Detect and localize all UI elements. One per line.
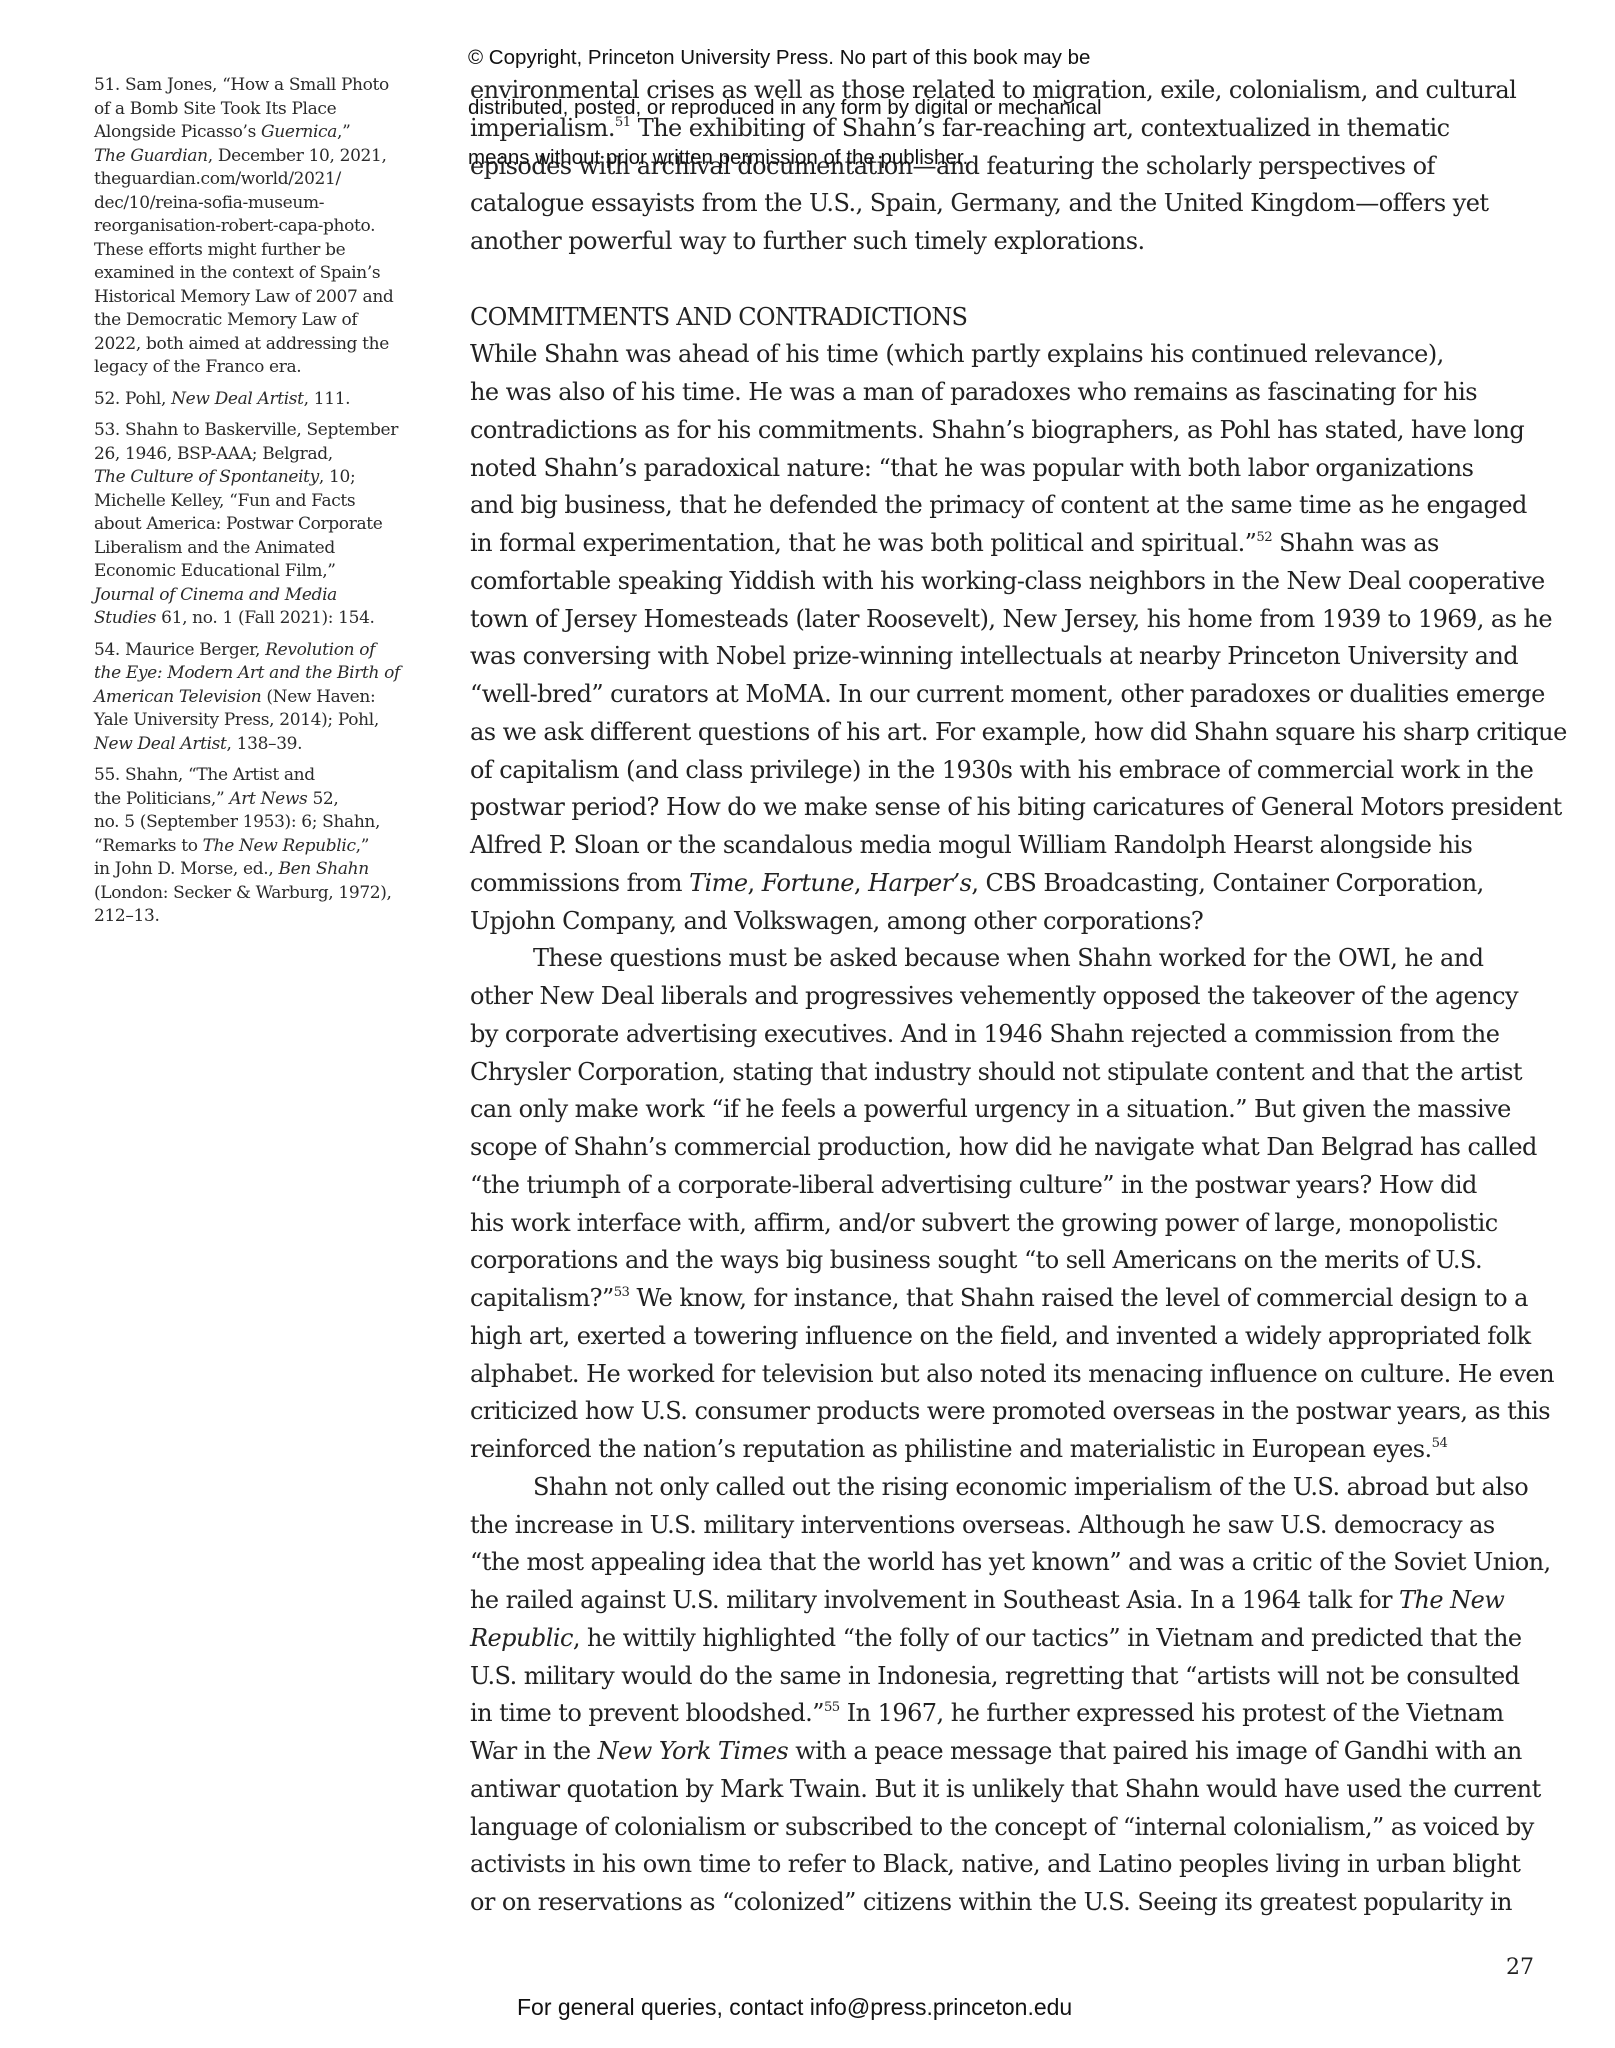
text-line: corporations and the ways big business s… xyxy=(470,1242,1550,1280)
text-line: Studies 61, no. 1 (Fall 2021): 154. xyxy=(94,607,424,631)
text-line: reorganisation-robert-capa-photo. xyxy=(94,215,424,239)
text-line: the Politicians,” Art News 52, xyxy=(94,788,424,812)
text-line: 53. Shahn to Baskerville, September xyxy=(94,419,424,443)
text-line: 212–13. xyxy=(94,905,424,929)
text-line: in John D. Morse, ed., Ben Shahn xyxy=(94,858,424,882)
text-line: Economic Educational Film,” xyxy=(94,560,424,584)
text-line: his work interface with, affirm, and/or … xyxy=(470,1205,1550,1243)
text-line: “the triumph of a corporate-liberal adve… xyxy=(470,1167,1550,1205)
text-line: can only make work “if he feels a powerf… xyxy=(470,1091,1550,1129)
text-line: of capitalism (and class privilege) in t… xyxy=(470,752,1550,790)
text-line: 52. Pohl, New Deal Artist, 111. xyxy=(94,388,424,412)
spacer xyxy=(470,261,1550,299)
text-line: about America: Postwar Corporate xyxy=(94,513,424,537)
text-line: “Remarks to The New Republic,” xyxy=(94,835,424,859)
text-line: activists in his own time to refer to Bl… xyxy=(470,1846,1550,1884)
text-line: he railed against U.S. military involvem… xyxy=(470,1582,1550,1620)
text-line: Chrysler Corporation, stating that indus… xyxy=(470,1054,1550,1092)
footnote-55: 55. Shahn, “The Artist andthe Politician… xyxy=(94,764,424,929)
note-reference: 55 xyxy=(824,1700,840,1715)
footnote-51: 51. Sam Jones, “How a Small Photoof a Bo… xyxy=(94,74,424,380)
text-line: The Guardian, December 10, 2021, xyxy=(94,145,424,169)
text-line: commissions from Time, Fortune, Harper’s… xyxy=(470,865,1550,903)
text-line: and big business, that he defended the p… xyxy=(470,487,1550,525)
text-line: theguardian.com/world/2021/ xyxy=(94,168,424,192)
text-line: by corporate advertising executives. And… xyxy=(470,1016,1550,1054)
text-line: “the most appealing idea that the world … xyxy=(470,1544,1550,1582)
text-line: While Shahn was ahead of his time (which… xyxy=(470,336,1550,374)
text-line: the increase in U.S. military interventi… xyxy=(470,1507,1550,1545)
footnote-52: 52. Pohl, New Deal Artist, 111. xyxy=(94,388,424,412)
text-line: New Deal Artist, 138–39. xyxy=(94,733,424,757)
text-line: or on reservations as “colonized” citize… xyxy=(470,1884,1550,1922)
copyright-notice: © Copyright, Princeton University Press.… xyxy=(468,20,1188,170)
text-line: another powerful way to further such tim… xyxy=(470,223,1550,261)
text-line: legacy of the Franco era. xyxy=(94,356,424,380)
copyright-line: distributed, posted, or reproduced in an… xyxy=(468,96,1102,119)
text-line: as we ask different questions of his art… xyxy=(470,714,1550,752)
paragraph: Shahn not only called out the rising eco… xyxy=(470,1469,1550,1922)
text-line: The Culture of Spontaneity, 10; xyxy=(94,466,424,490)
text-line: contradictions as for his commitments. S… xyxy=(470,412,1550,450)
text-line: 2022, both aimed at addressing the xyxy=(94,333,424,357)
footnote-54: 54. Maurice Berger, Revolution ofthe Eye… xyxy=(94,639,424,757)
text-line: scope of Shahn’s commercial production, … xyxy=(470,1129,1550,1167)
footnote-53: 53. Shahn to Baskerville, September26, 1… xyxy=(94,419,424,631)
text-line: other New Deal liberals and progressives… xyxy=(470,978,1550,1016)
text-line: language of colonialism or subscribed to… xyxy=(470,1809,1550,1847)
text-line: 51. Sam Jones, “How a Small Photo xyxy=(94,74,424,98)
text-line: in formal experimentation, that he was b… xyxy=(470,525,1550,563)
text-line: he was also of his time. He was a man of… xyxy=(470,374,1550,412)
text-line: 55. Shahn, “The Artist and xyxy=(94,764,424,788)
text-line: reinforced the nation’s reputation as ph… xyxy=(470,1431,1550,1469)
text-line: “well-bred” curators at MoMA. In our cur… xyxy=(470,676,1550,714)
text-line: 54. Maurice Berger, Revolution of xyxy=(94,639,424,663)
body-text: environmental crises as well as those re… xyxy=(470,72,1550,1922)
text-line: 26, 1946, BSP-AAA; Belgrad, xyxy=(94,443,424,467)
text-line: Upjohn Company, and Volkswagen, among ot… xyxy=(470,903,1550,941)
footer-contact: For general queries, contact info@press.… xyxy=(517,1994,1072,2021)
paragraph: These questions must be asked because wh… xyxy=(470,940,1550,1469)
footnotes-column: 51. Sam Jones, “How a Small Photoof a Bo… xyxy=(94,74,424,937)
note-reference: 52 xyxy=(1256,530,1272,545)
text-line: dec/10/reina-sofia-museum- xyxy=(94,192,424,216)
text-line: criticized how U.S. consumer products we… xyxy=(470,1393,1550,1431)
text-line: in time to prevent bloodshed.”55 In 1967… xyxy=(470,1695,1550,1733)
page-number: 27 xyxy=(1506,1955,1534,1980)
copyright-line: means without prior written permission o… xyxy=(468,146,968,169)
text-line: Alongside Picasso’s Guernica,” xyxy=(94,121,424,145)
text-line: alphabet. He worked for television but a… xyxy=(470,1356,1550,1394)
text-line: antiwar quotation by Mark Twain. But it … xyxy=(470,1771,1550,1809)
text-line: Republic, he wittily highlighted “the fo… xyxy=(470,1620,1550,1658)
text-line: These efforts might further be xyxy=(94,239,424,263)
text-line: Historical Memory Law of 2007 and xyxy=(94,286,424,310)
text-line: examined in the context of Spain’s xyxy=(94,262,424,286)
text-line: noted Shahn’s paradoxical nature: “that … xyxy=(470,450,1550,488)
text-line: Michelle Kelley, “Fun and Facts xyxy=(94,490,424,514)
paragraph: While Shahn was ahead of his time (which… xyxy=(470,336,1550,940)
text-line: high art, exerted a towering influence o… xyxy=(470,1318,1550,1356)
text-line: no. 5 (September 1953): 6; Shahn, xyxy=(94,811,424,835)
text-line: Journal of Cinema and Media xyxy=(94,584,424,608)
text-line: Shahn not only called out the rising eco… xyxy=(470,1469,1550,1507)
text-line: Liberalism and the Animated xyxy=(94,537,424,561)
text-line: Alfred P. Sloan or the scandalous media … xyxy=(470,827,1550,865)
text-line: was conversing with Nobel prize-winning … xyxy=(470,638,1550,676)
section-heading: COMMITMENTS AND CONTRADICTIONS xyxy=(470,299,1550,337)
note-reference: 54 xyxy=(1432,1436,1448,1451)
text-line: (London: Secker & Warburg, 1972), xyxy=(94,882,424,906)
text-line: comfortable speaking Yiddish with his wo… xyxy=(470,563,1550,601)
text-line: capitalism?”53 We know, for instance, th… xyxy=(470,1280,1550,1318)
text-line: postwar period? How do we make sense of … xyxy=(470,789,1550,827)
text-line: War in the New York Times with a peace m… xyxy=(470,1733,1550,1771)
text-line: catalogue essayists from the U.S., Spain… xyxy=(470,185,1550,223)
text-line: Yale University Press, 2014); Pohl, xyxy=(94,709,424,733)
text-line: the Eye: Modern Art and the Birth of xyxy=(94,662,424,686)
text-line: American Television (New Haven: xyxy=(94,686,424,710)
text-line: of a Bomb Site Took Its Place xyxy=(94,98,424,122)
copyright-line: © Copyright, Princeton University Press.… xyxy=(468,46,1090,69)
text-line: U.S. military would do the same in Indon… xyxy=(470,1658,1550,1696)
text-line: the Democratic Memory Law of xyxy=(94,309,424,333)
text-line: town of Jersey Homesteads (later Rooseve… xyxy=(470,601,1550,639)
text-line: These questions must be asked because wh… xyxy=(470,940,1550,978)
note-reference: 53 xyxy=(614,1285,630,1300)
